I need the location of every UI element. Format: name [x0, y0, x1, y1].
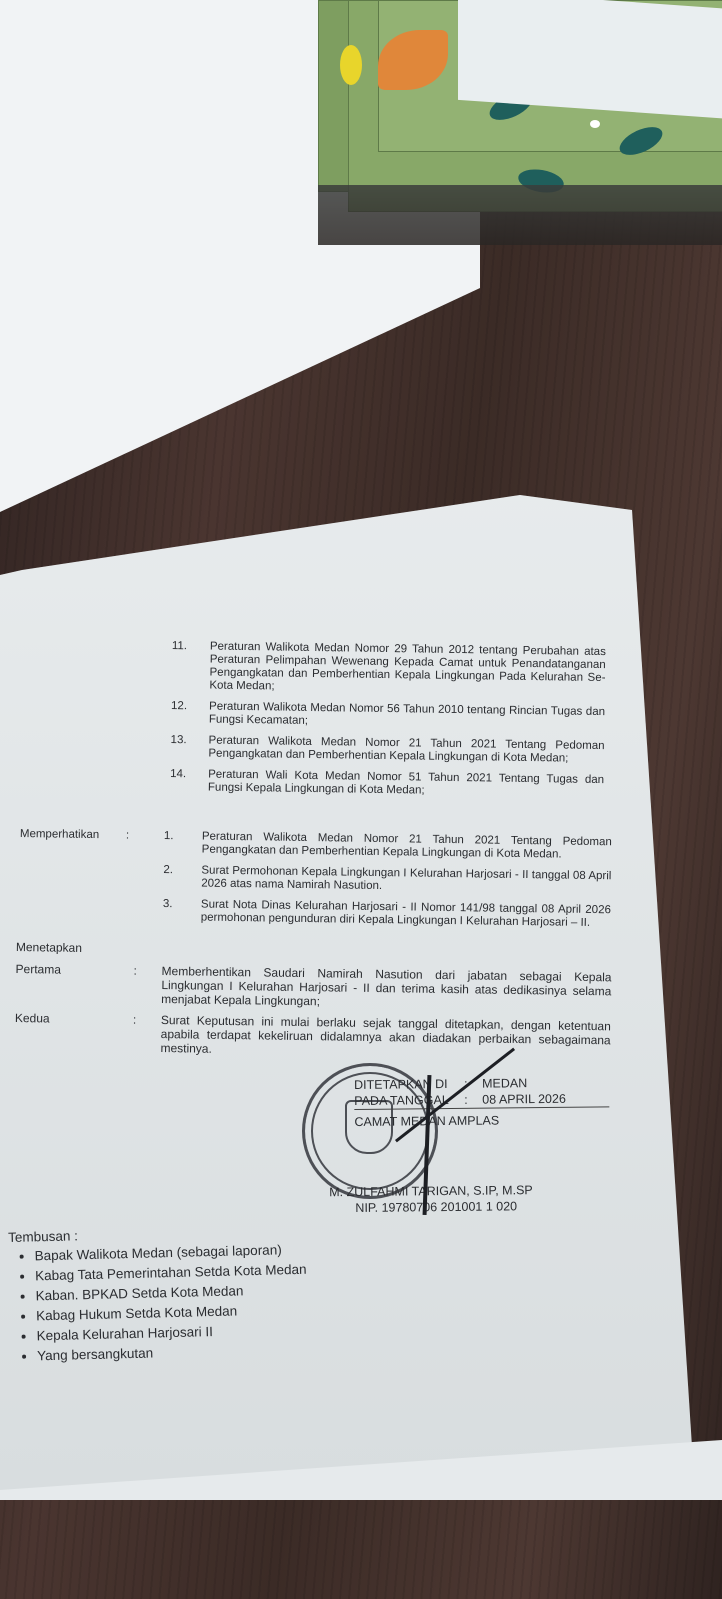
- considerations-list: 11. Peraturan Walikota Medan Nomor 29 Ta…: [170, 640, 606, 808]
- section-label: Memperhatikan: [19, 828, 126, 931]
- item-text: Peraturan Walikota Medan Nomor 21 Tahun …: [208, 735, 604, 767]
- item-number: 12.: [171, 700, 209, 727]
- consideration-item: 12. Peraturan Walikota Medan Nomor 56 Ta…: [171, 700, 605, 732]
- memperhatikan-list: 1. Peraturan Walikota Medan Nomor 21 Tah…: [163, 830, 612, 938]
- item-text: Surat Nota Dinas Kelurahan Harjosari - I…: [201, 899, 611, 931]
- signature-block: DITETAPKAN DI : MEDAN PADA TANGGAL : 08 …: [354, 1074, 610, 1216]
- kedua-row: Kedua : Surat Keputusan ini mulai berlak…: [14, 1011, 611, 1061]
- item-text: Surat Permohonan Kepala Lingkungan I Kel…: [201, 865, 611, 897]
- pertama-row: Pertama : Memberhentikan Saudari Namirah…: [15, 962, 612, 1012]
- signatory-title: CAMAT MEDAN AMPLAS: [354, 1111, 609, 1130]
- document-content: 11. Peraturan Walikota Medan Nomor 29 Ta…: [0, 0, 722, 1599]
- item-number: 2.: [163, 864, 201, 891]
- memperhatikan-section: Memperhatikan : 1. Peraturan Walikota Me…: [19, 828, 612, 938]
- item-text: Peraturan Walikota Medan Nomor 29 Tahun …: [209, 641, 606, 699]
- item-text: Peraturan Walikota Medan Nomor 56 Tahun …: [209, 701, 605, 733]
- colon: :: [132, 1013, 161, 1055]
- consideration-item: 13. Peraturan Walikota Medan Nomor 21 Ta…: [170, 734, 604, 766]
- menetapkan-label: Menetapkan: [16, 940, 612, 962]
- item-number: 14.: [170, 768, 208, 795]
- memperhatikan-item: 2. Surat Permohonan Kepala Lingkungan I …: [163, 864, 611, 896]
- item-number: 13.: [170, 734, 208, 761]
- menetapkan-section: Menetapkan Pertama : Memberhentikan Saud…: [14, 940, 612, 1068]
- place-label: DITETAPKAN DI: [354, 1076, 464, 1093]
- tembusan-list: Bapak Walikota Medan (sebagai laporan) K…: [8, 1240, 308, 1367]
- colon: :: [133, 964, 162, 1006]
- colon: :: [125, 829, 164, 932]
- item-number: 1.: [164, 830, 202, 857]
- tembusan-section: Tembusan : Bapak Walikota Medan (sebagai…: [8, 1223, 309, 1367]
- signatory-nip: NIP. 19780706 201001 1 020: [355, 1197, 610, 1216]
- consideration-item: 11. Peraturan Walikota Medan Nomor 29 Ta…: [171, 640, 606, 698]
- pertama-text: Memberhentikan Saudari Namirah Nasution …: [161, 964, 612, 1012]
- consideration-item: 14. Peraturan Wali Kota Medan Nomor 51 T…: [170, 768, 604, 800]
- place-value: MEDAN: [482, 1075, 527, 1091]
- memperhatikan-item: 3. Surat Nota Dinas Kelurahan Harjosari …: [163, 898, 611, 930]
- item-number: 11.: [171, 640, 210, 693]
- date-row: PADA TANGGAL : 08 APRIL 2026: [354, 1090, 609, 1110]
- item-text: Peraturan Wali Kota Medan Nomor 51 Tahun…: [208, 769, 604, 801]
- colon: :: [464, 1092, 482, 1108]
- pertama-label: Pertama: [15, 962, 134, 1006]
- item-text: Peraturan Walikota Medan Nomor 21 Tahun …: [202, 831, 612, 863]
- date-value: 08 APRIL 2026: [482, 1091, 566, 1108]
- memperhatikan-item: 1. Peraturan Walikota Medan Nomor 21 Tah…: [164, 830, 612, 862]
- kedua-text: Surat Keputusan ini mulai berlaku sejak …: [160, 1013, 611, 1061]
- kedua-label: Kedua: [14, 1011, 133, 1055]
- item-number: 3.: [163, 898, 201, 925]
